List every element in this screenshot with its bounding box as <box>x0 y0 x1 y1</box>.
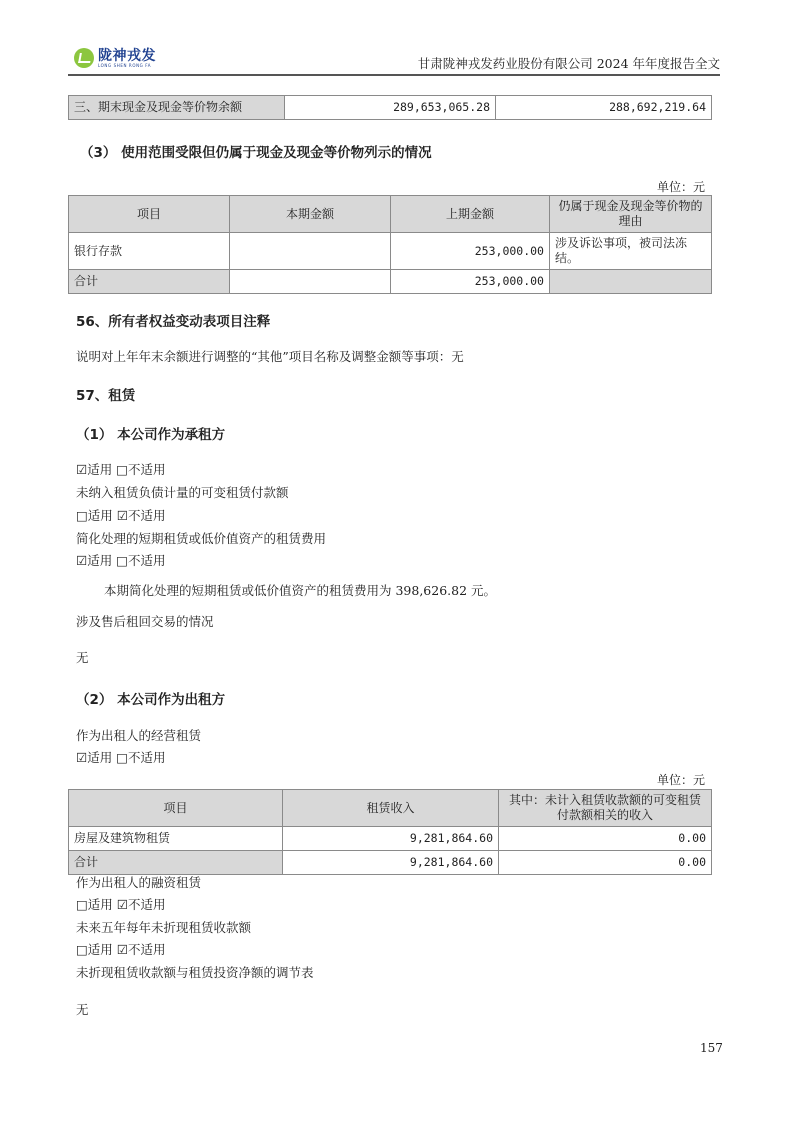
logo-text-cn: 陇神戎发 <box>98 49 156 63</box>
unit-label: 单位：元 <box>657 771 705 788</box>
unit-label: 单位：元 <box>657 178 705 195</box>
paragraph: 未纳入租赁负债计量的可变租赁付款额 <box>76 483 289 501</box>
column-header: 租赁收入 <box>283 790 499 827</box>
paragraph: 涉及售后租回交易的情况 <box>76 612 214 630</box>
paragraph: 说明对上年年末余额进行调整的“其他”项目名称及调整金额等事项：无 <box>76 347 464 365</box>
operating-lease-table: 项目 租赁收入 其中：未计入租赁收款额的可变租赁付款额相关的收入 房屋及建筑物租… <box>68 789 712 875</box>
applicability-checkbox: □适用 ☑不适用 <box>76 940 166 958</box>
paragraph: 未折现租赁收款额与租赁投资净额的调节表 <box>76 963 314 981</box>
applicability-checkbox: ☑适用 □不适用 <box>76 748 166 766</box>
section-heading: （3） 使用范围受限但仍属于现金及现金等价物列示的情况 <box>80 141 432 161</box>
logo-icon <box>74 48 94 68</box>
previous-cell: 253,000.00 <box>391 270 550 294</box>
section-heading: 56、所有者权益变动表项目注释 <box>76 310 270 330</box>
column-header: 仍属于现金及现金等价物的理由 <box>550 196 712 233</box>
paragraph: 无 <box>76 648 89 666</box>
page-header: 陇神戎发 LONG SHEN RONG FA 甘肃陇神戎发药业股份有限公司 20… <box>68 44 720 76</box>
paragraph: 作为出租人的经营租赁 <box>76 726 201 744</box>
item-cell: 合计 <box>69 270 230 294</box>
company-logo: 陇神戎发 LONG SHEN RONG FA <box>74 48 156 68</box>
table-header-row: 项目 租赁收入 其中：未计入租赁收款额的可变租赁付款额相关的收入 <box>69 790 712 827</box>
current-cell <box>230 233 391 270</box>
table-row: 房屋及建筑物租赁 9,281,864.60 0.00 <box>69 827 712 851</box>
current-cell <box>230 270 391 294</box>
cash-balance-table: 三、期末现金及现金等价物余额 289,653,065.28 288,692,21… <box>68 95 712 120</box>
column-header: 本期金额 <box>230 196 391 233</box>
item-cell: 银行存款 <box>69 233 230 270</box>
applicability-checkbox: □适用 ☑不适用 <box>76 895 166 913</box>
applicability-checkbox: □适用 ☑不适用 <box>76 506 166 524</box>
table-row: 合计 253,000.00 <box>69 270 712 294</box>
reason-cell: 涉及诉讼事项，被司法冻结。 <box>550 233 712 270</box>
reason-cell <box>550 270 712 294</box>
paragraph: 本期简化处理的短期租赁或低价值资产的租赁费用为 398,626.82 元。 <box>104 581 496 599</box>
previous-cell: 253,000.00 <box>391 233 550 270</box>
subsection-heading: （1） 本公司作为承租方 <box>76 423 225 443</box>
section-heading: 57、租赁 <box>76 384 135 404</box>
logo-text-en: LONG SHEN RONG FA <box>98 64 156 68</box>
row-label: 三、期末现金及现金等价物余额 <box>69 96 285 120</box>
income-cell: 9,281,864.60 <box>283 851 499 875</box>
applicability-checkbox: ☑适用 □不适用 <box>76 551 166 569</box>
subsection-heading: （2） 本公司作为出租方 <box>76 688 225 708</box>
table-row: 银行存款 253,000.00 涉及诉讼事项，被司法冻结。 <box>69 233 712 270</box>
table-row: 三、期末现金及现金等价物余额 289,653,065.28 288,692,21… <box>69 96 712 120</box>
restricted-cash-table: 项目 本期金额 上期金额 仍属于现金及现金等价物的理由 银行存款 253,000… <box>68 195 712 294</box>
item-cell: 房屋及建筑物租赁 <box>69 827 283 851</box>
paragraph: 无 <box>76 1000 89 1018</box>
paragraph: 作为出租人的融资租赁 <box>76 873 201 891</box>
current-value: 289,653,065.28 <box>285 96 496 120</box>
variable-income-cell: 0.00 <box>499 851 712 875</box>
report-title: 甘肃陇神戎发药业股份有限公司 2024 年年度报告全文 <box>418 54 720 72</box>
column-header: 其中：未计入租赁收款额的可变租赁付款额相关的收入 <box>499 790 712 827</box>
table-row: 合计 9,281,864.60 0.00 <box>69 851 712 875</box>
column-header: 上期金额 <box>391 196 550 233</box>
item-cell: 合计 <box>69 851 283 875</box>
previous-value: 288,692,219.64 <box>496 96 712 120</box>
column-header: 项目 <box>69 790 283 827</box>
income-cell: 9,281,864.60 <box>283 827 499 851</box>
applicability-checkbox: ☑适用 □不适用 <box>76 460 166 478</box>
column-header: 项目 <box>69 196 230 233</box>
paragraph: 简化处理的短期租赁或低价值资产的租赁费用 <box>76 529 326 547</box>
table-header-row: 项目 本期金额 上期金额 仍属于现金及现金等价物的理由 <box>69 196 712 233</box>
page-number: 157 <box>700 1041 723 1055</box>
variable-income-cell: 0.00 <box>499 827 712 851</box>
paragraph: 未来五年每年未折现租赁收款额 <box>76 918 251 936</box>
